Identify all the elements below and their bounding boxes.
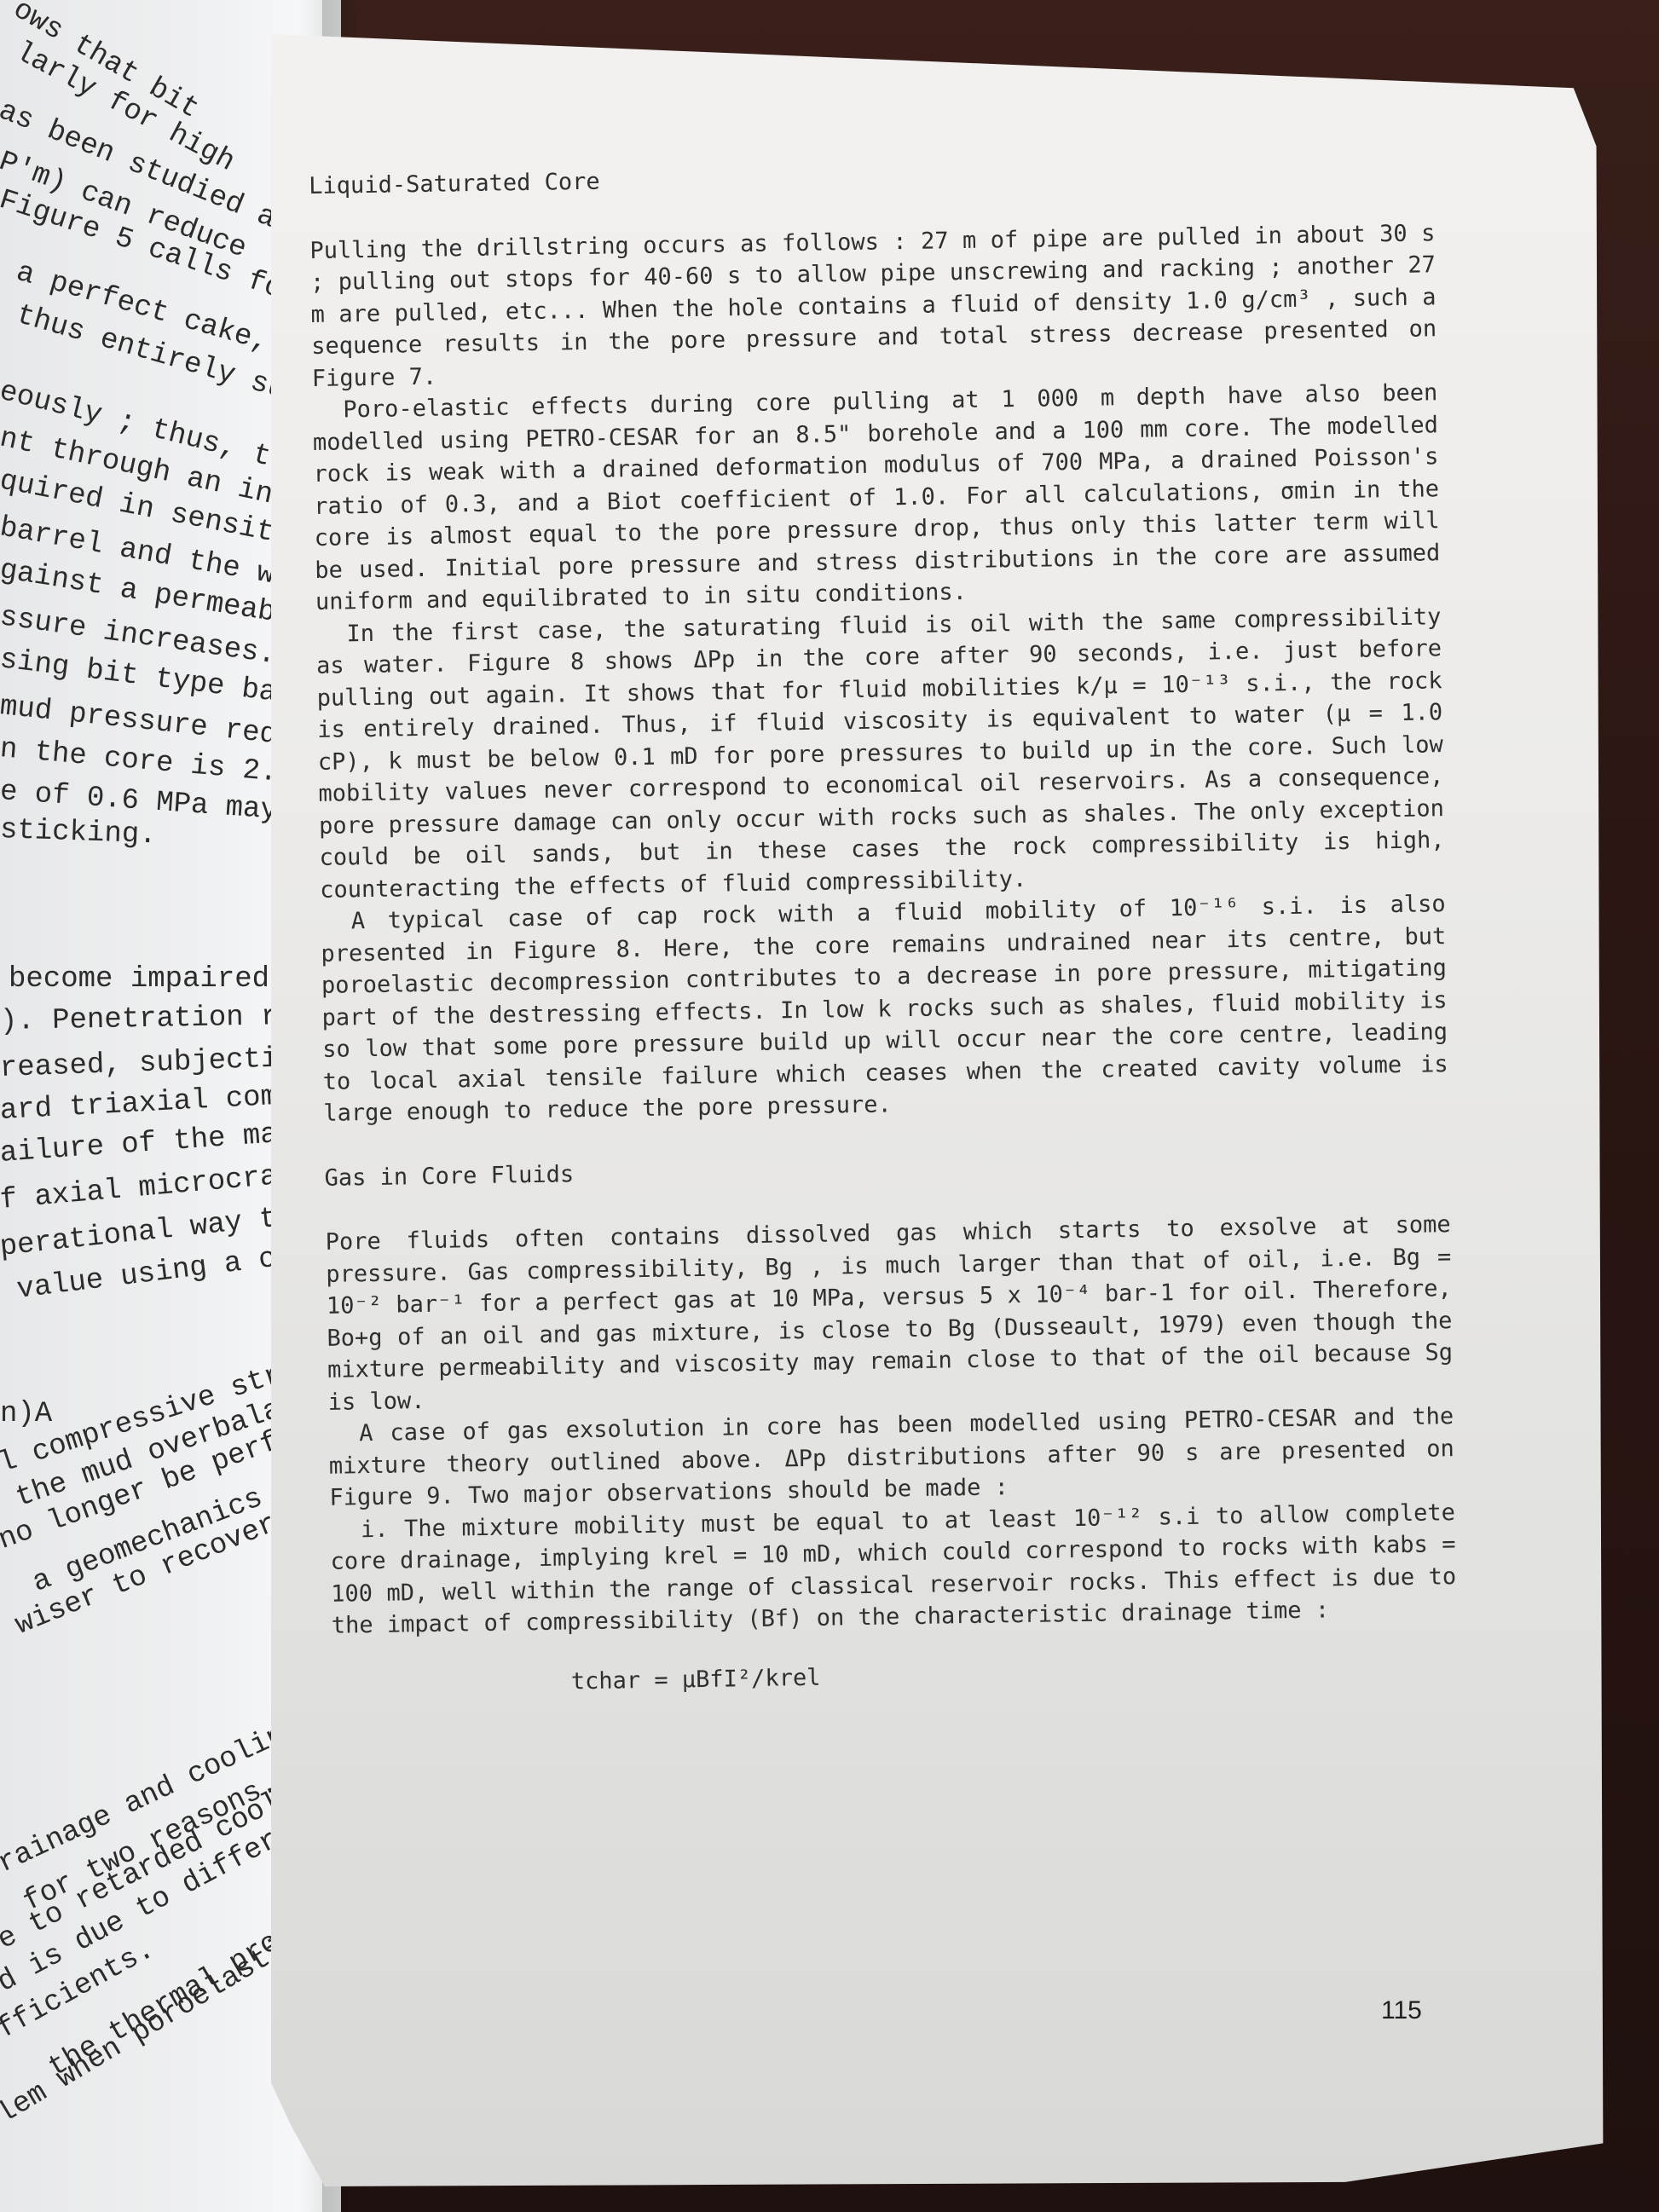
paragraph: Pulling the drillstring occurs as follow… (309, 217, 1437, 395)
left-page-text-fragment: sticking. (0, 814, 157, 852)
section-heading-gas-in-core-fluids: Gas in Core Fluids (324, 1145, 1449, 1194)
paragraph: Poro-elastic effects during core pulling… (312, 377, 1441, 618)
right-page-content: Liquid-Saturated Core Pulling the drills… (309, 153, 1458, 1701)
list-item-observation-i: i. The mixture mobility must be equal to… (330, 1497, 1457, 1643)
page-number: 115 (1381, 1996, 1422, 2025)
paragraph: A case of gas exsolution in core has bee… (328, 1401, 1455, 1514)
paragraph: Pore fluids often contains dissolved gas… (325, 1209, 1453, 1418)
left-page-text-fragment: n)A (0, 1398, 52, 1430)
paragraph: In the first case, the saturating fluid … (315, 601, 1445, 906)
paragraph: A typical case of cap rock with a fluid … (321, 888, 1449, 1129)
